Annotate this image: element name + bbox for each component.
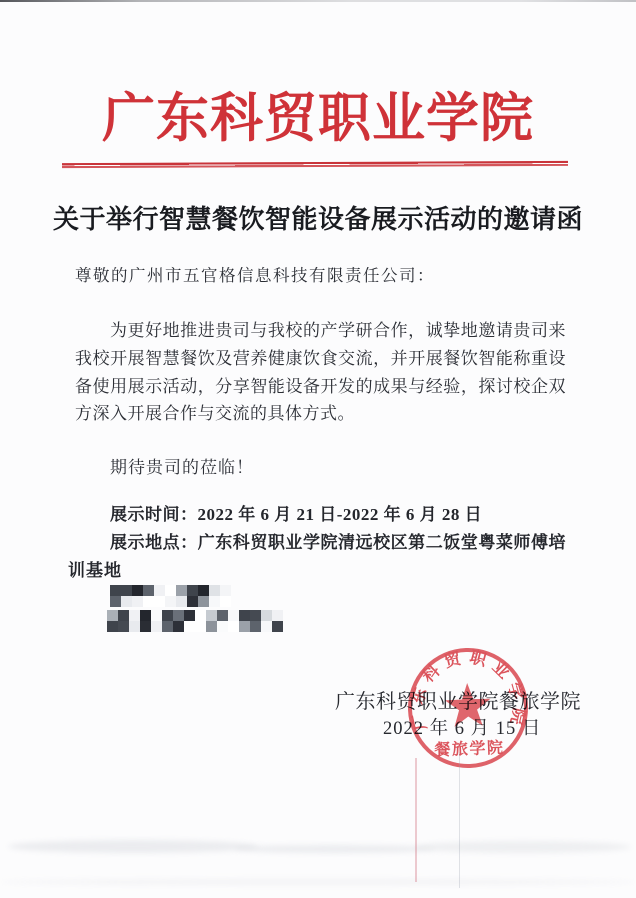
letterhead-rule [62, 161, 568, 168]
scan-edge-artifact [0, 0, 636, 2]
scan-smudge [0, 879, 636, 885]
event-place-line2: 训基地 [68, 556, 122, 581]
closing-line: 期待贵司的莅临！ [110, 453, 254, 478]
redaction-mosaic [110, 585, 231, 607]
document-title: 关于举行智慧餐饮智能设备展示活动的邀请函 [0, 199, 636, 236]
salutation: 尊敬的广州市五官格信息科技有限责任公司： [75, 262, 435, 286]
scan-smudge [235, 845, 435, 853]
event-time: 展示时间：2022 年 6 月 21 日-2022 年 6 月 28 日 [110, 500, 482, 525]
seal-star-icon [444, 682, 491, 727]
redaction-mosaic [107, 610, 283, 632]
paragraph-line: 方深入开展合作与交流的具体方式。 [75, 400, 566, 428]
letter-page: 广东科贸职业学院 关于举行智慧餐饮智能设备展示活动的邀请函 尊敬的广州市五官格信… [0, 0, 636, 898]
paragraph-line: 我校开展智慧餐饮及营养健康饮食交流，并开展餐饮智能称重设 [75, 345, 566, 373]
scan-smudge [415, 841, 631, 853]
paragraph-line: 为更好地推进贵司与我校的产学研合作，诚挚地邀请贵司来 [75, 317, 566, 345]
official-seal-graphic: 广东科贸职业学院 餐旅学院 [404, 644, 532, 772]
scan-smudge [8, 840, 258, 853]
scan-line-artifact [459, 752, 460, 888]
seal-bottom-text: 餐旅学院 [433, 738, 505, 759]
scan-line-artifact [415, 758, 417, 882]
event-place-line1: 展示地点：广东科贸职业学院清远校区第二饭堂粤菜师傅培 [110, 528, 566, 553]
official-seal: 广东科贸职业学院 餐旅学院 [404, 644, 532, 772]
paragraph-line: 备使用展示活动，分享智能设备开发的成果与经验，探讨校企双 [75, 373, 566, 401]
body-paragraph: 为更好地推进贵司与我校的产学研合作，诚挚地邀请贵司来 我校开展智慧餐饮及营养健康… [75, 317, 566, 428]
letterhead-org-name: 广东科贸职业学院 [0, 86, 636, 152]
